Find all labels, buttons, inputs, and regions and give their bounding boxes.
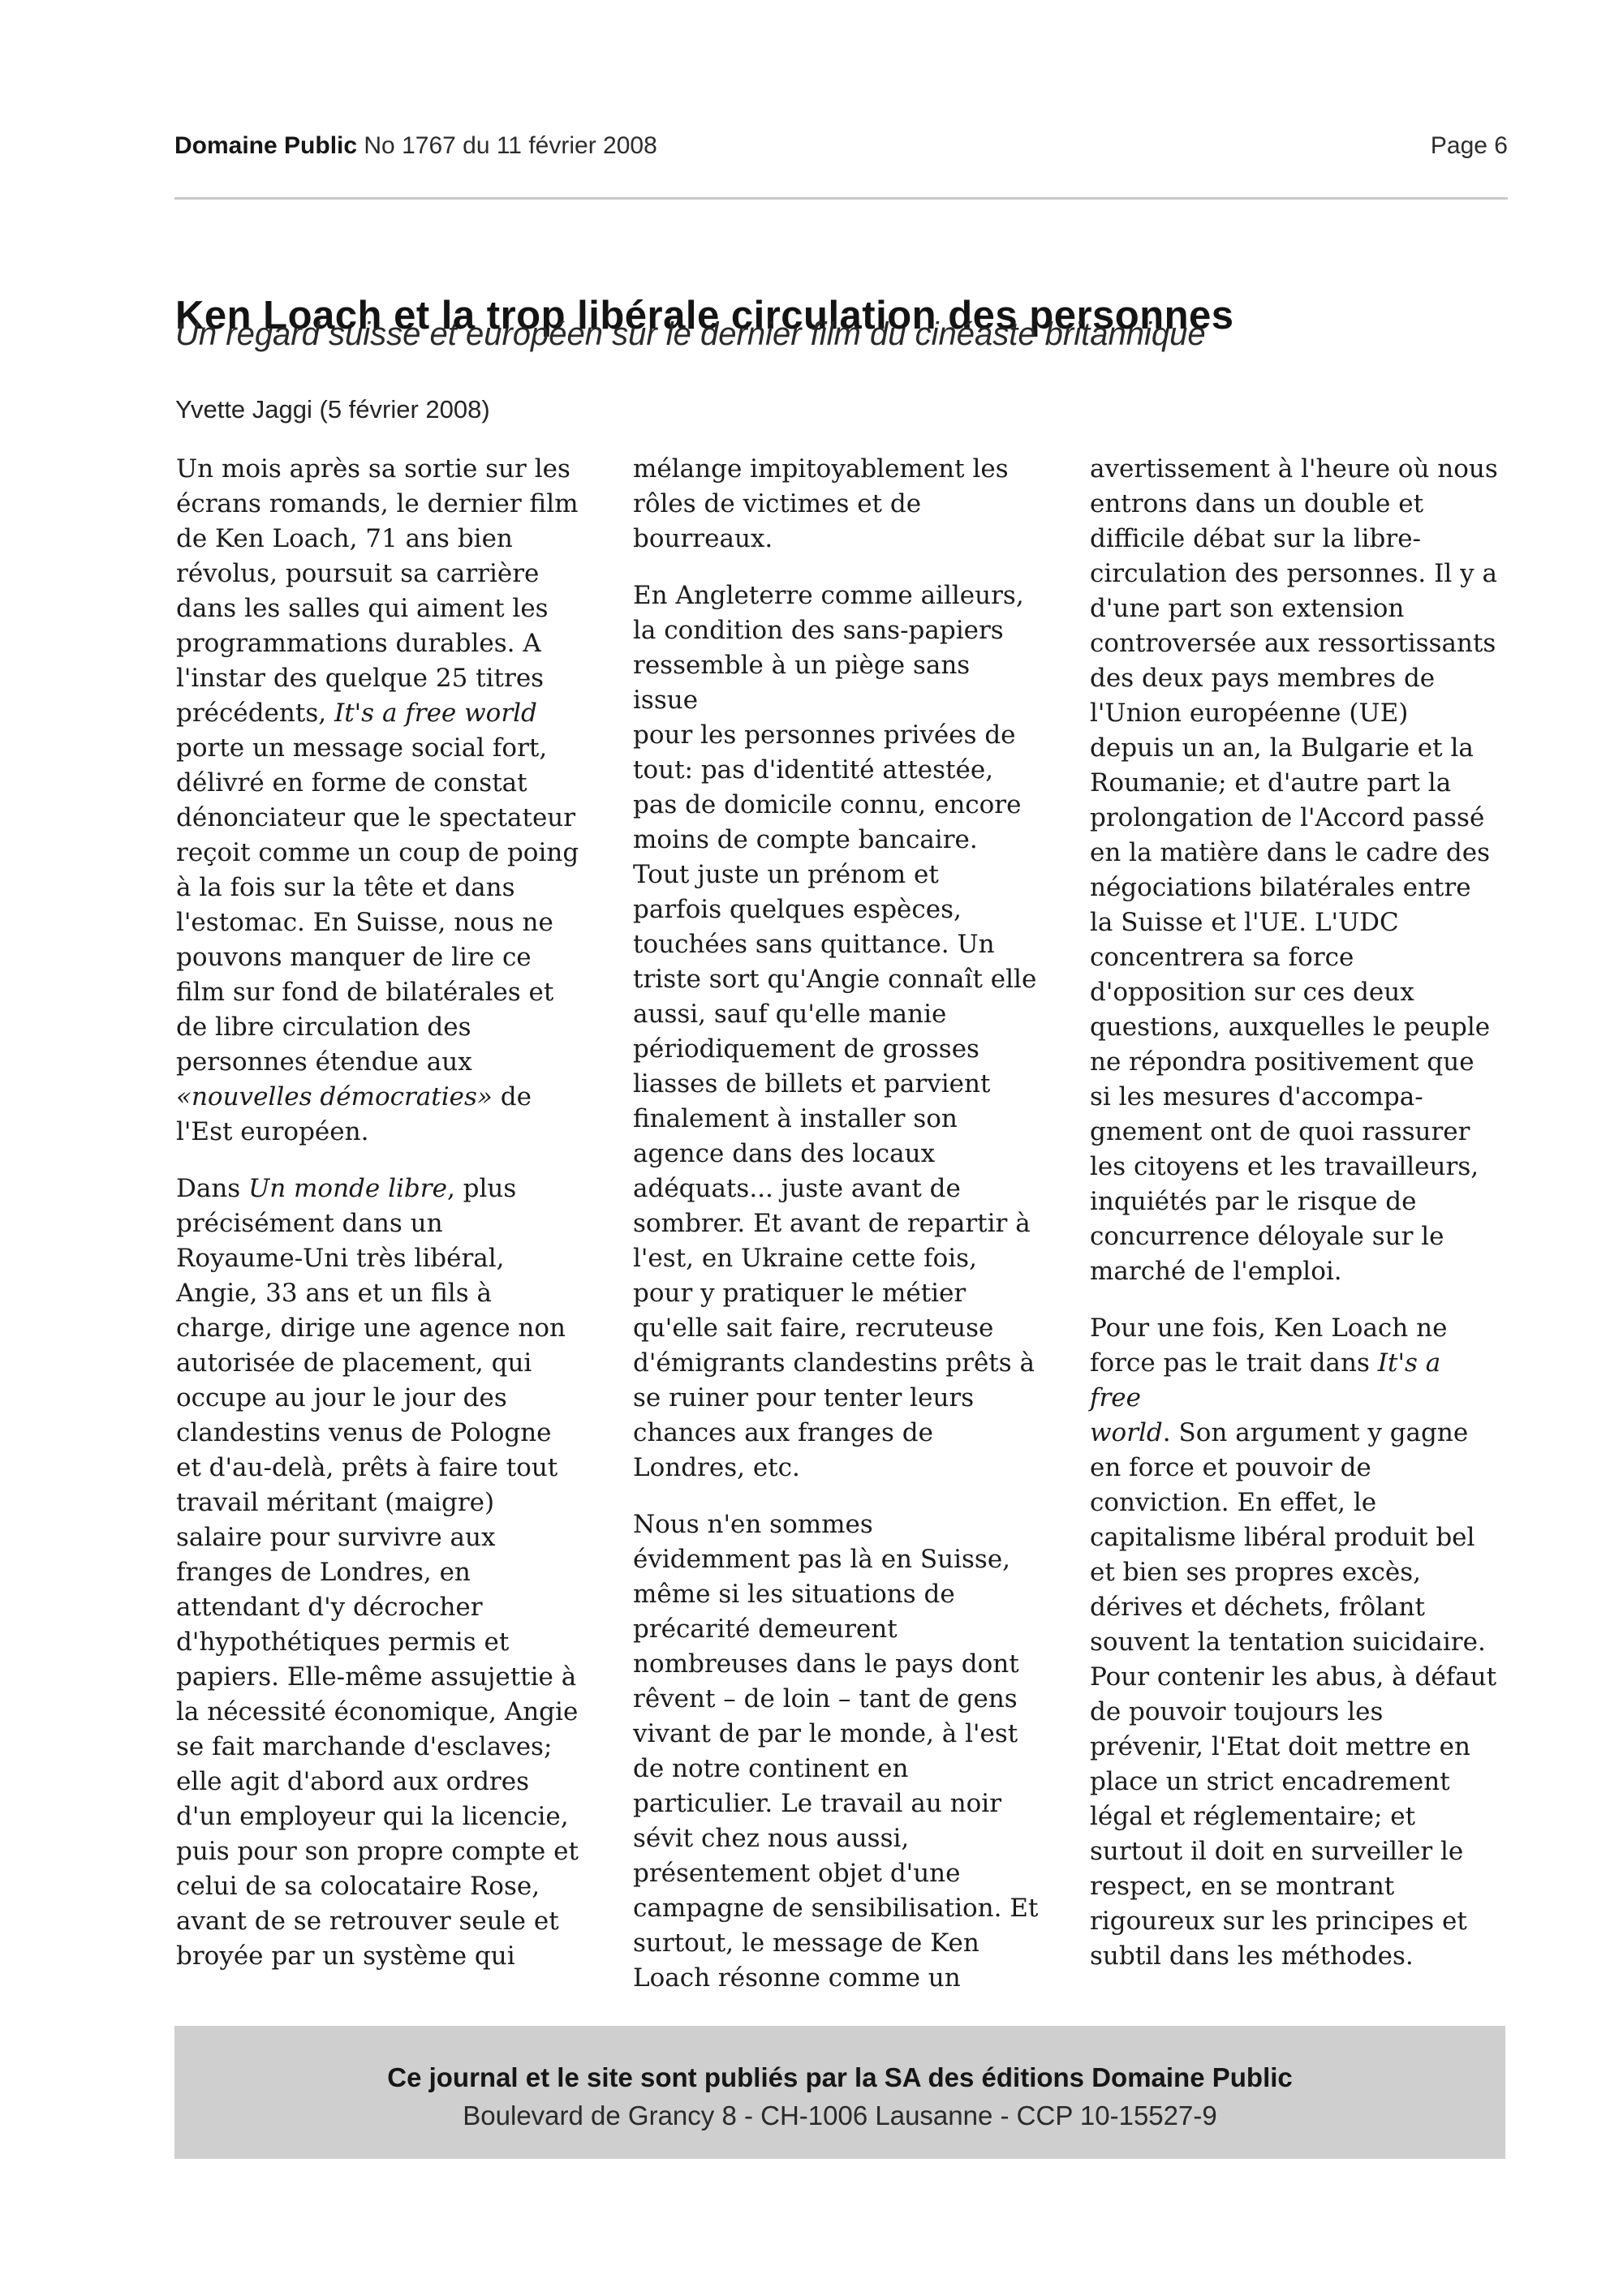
publisher-address: Boulevard de Grancy 8 - CH-1006 Lausanne… (174, 2096, 1505, 2135)
article-body: Un mois après sa sortie sur lesécrans ro… (176, 452, 1509, 1996)
paragraph: Pour une fois, Ken Loach neforce pas le … (1090, 1311, 1500, 1974)
page-number: Page 6 (1431, 132, 1508, 160)
paragraph: avertissement à l'heure où nousentrons d… (1090, 452, 1500, 1289)
column-1: Un mois après sa sortie sur lesécrans ro… (176, 452, 586, 1996)
publication-name: Domaine Public (174, 132, 357, 159)
header-divider (174, 197, 1508, 200)
paragraph: mélange impitoyablement lesrôles de vict… (633, 452, 1043, 557)
column-2: mélange impitoyablement lesrôles de vict… (633, 452, 1043, 1996)
column-3: avertissement à l'heure où nousentrons d… (1090, 452, 1500, 1996)
publisher-statement: Ce journal et le site sont publiés par l… (174, 2058, 1505, 2096)
article-byline: Yvette Jaggi (5 février 2008) (175, 395, 490, 424)
masthead: Domaine Public No 1767 du 11 février 200… (174, 132, 657, 160)
issue-number: No 1767 du 11 février 2008 (364, 132, 657, 159)
paragraph: Nous n'en sommesévidemment pas là en Sui… (633, 1507, 1043, 1996)
publisher-footer: Ce journal et le site sont publiés par l… (174, 2026, 1505, 2159)
article-subtitle: Un regard suisse et européen sur le dern… (175, 316, 1206, 353)
page-header: Domaine Public No 1767 du 11 février 200… (174, 132, 1508, 160)
paragraph: Un mois après sa sortie sur lesécrans ro… (176, 452, 586, 1150)
paragraph: En Angleterre comme ailleurs,la conditio… (633, 578, 1043, 1486)
paragraph: Dans Un monde libre, plusprécisément dan… (176, 1172, 586, 1974)
newsletter-page: { "header": { "brand": "Domaine Public",… (0, 0, 1623, 2296)
